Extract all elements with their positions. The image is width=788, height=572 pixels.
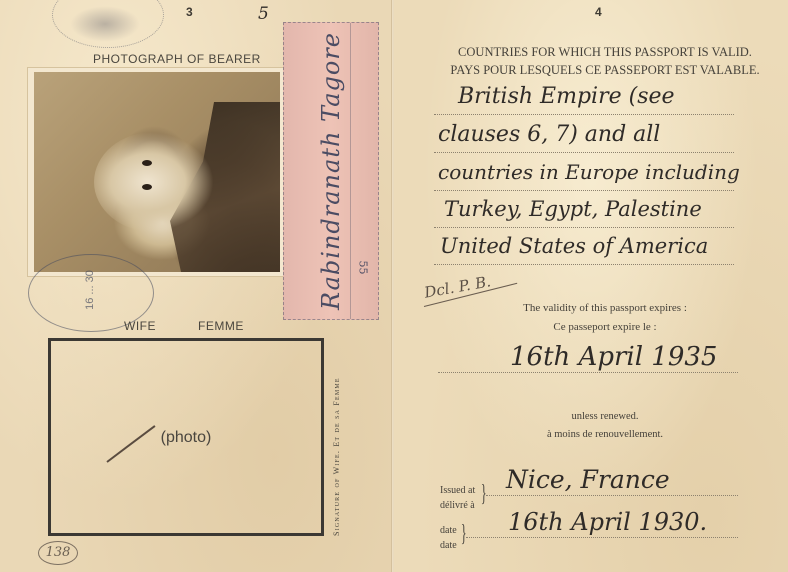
portrait-eye-left bbox=[142, 160, 152, 166]
passport-page-right: 4 COUNTRIES FOR WHICH THIS PASSPORT IS V… bbox=[394, 0, 788, 572]
circled-number: 138 bbox=[38, 541, 78, 565]
bearer-photograph bbox=[28, 68, 284, 276]
ruled-line-1 bbox=[434, 114, 734, 115]
renewal-note-fr: à moins de renouvellement. bbox=[394, 429, 788, 440]
countries-heading-fr: PAYS POUR LESQUELS CE PASSEPORT EST VALA… bbox=[394, 63, 788, 78]
signature-side-note: 55 bbox=[357, 261, 370, 275]
issue-date: 16th April 1930. bbox=[508, 508, 707, 536]
countries-line-4: Turkey, Egypt, Palestine bbox=[444, 197, 702, 221]
wife-heading-en: WIFE bbox=[124, 319, 156, 333]
passport-page-left: 3 5 PHOTOGRAPH OF BEARER Rabindranath Ta… bbox=[0, 0, 392, 572]
date-brace: } bbox=[461, 522, 467, 546]
photo-heading: PHOTOGRAPH OF BEARER bbox=[93, 52, 261, 66]
wife-signature-caption: Signature of Wife. Et de sa Femme bbox=[332, 377, 341, 536]
issued-at-label-en: Issued at bbox=[440, 485, 475, 496]
issued-at-label-fr: délivré à bbox=[440, 500, 475, 511]
renewal-note-en: unless renewed. bbox=[394, 411, 788, 422]
bearer-signature: Rabindranath Tagore bbox=[317, 32, 345, 310]
issued-at-brace: } bbox=[481, 482, 487, 506]
expiry-date: 16th April 1935 bbox=[510, 342, 717, 372]
bearer-signature-label: Rabindranath Tagore 55 bbox=[283, 22, 379, 320]
issue-date-line bbox=[466, 537, 738, 538]
wife-heading-fr: FEMME bbox=[198, 319, 244, 333]
portrait-eye-right bbox=[142, 184, 152, 190]
wife-photo-box: (photo) bbox=[48, 338, 324, 536]
postmark-text: 16 ... 30 bbox=[84, 270, 96, 310]
validity-label-fr: Ce passeport expire le : bbox=[394, 321, 788, 333]
ruled-line-3 bbox=[434, 190, 734, 191]
issued-at-value: Nice, France bbox=[506, 465, 670, 494]
portrait-image bbox=[34, 72, 280, 272]
ruled-line-2 bbox=[434, 152, 734, 153]
countries-line-5: United States of America bbox=[440, 234, 708, 258]
page-number-left: 3 bbox=[186, 5, 193, 19]
page-number-right: 4 bbox=[595, 5, 602, 19]
issued-at-line bbox=[486, 495, 738, 496]
handwritten-page-mark: 5 bbox=[258, 4, 269, 24]
validity-label-en: The validity of this passport expires : bbox=[394, 302, 788, 314]
ruled-line-5 bbox=[434, 264, 734, 265]
circled-number-text: 138 bbox=[46, 545, 71, 560]
ruled-line-4 bbox=[434, 227, 734, 228]
date-label-en: date bbox=[440, 525, 457, 536]
signature-guide-line bbox=[350, 23, 351, 319]
postmark-ink-blot bbox=[70, 6, 140, 42]
wife-photo-placeholder: (photo) bbox=[51, 429, 321, 447]
date-label-fr: date bbox=[440, 540, 457, 551]
countries-line-2: clauses 6, 7) and all bbox=[438, 122, 660, 147]
countries-heading-en: COUNTRIES FOR WHICH THIS PASSPORT IS VAL… bbox=[394, 45, 788, 60]
countries-line-3: countries in Europe including bbox=[438, 160, 740, 184]
expiry-date-line bbox=[438, 372, 738, 373]
portrait-hair bbox=[94, 132, 214, 232]
countries-line-1: British Empire (see bbox=[458, 84, 675, 109]
